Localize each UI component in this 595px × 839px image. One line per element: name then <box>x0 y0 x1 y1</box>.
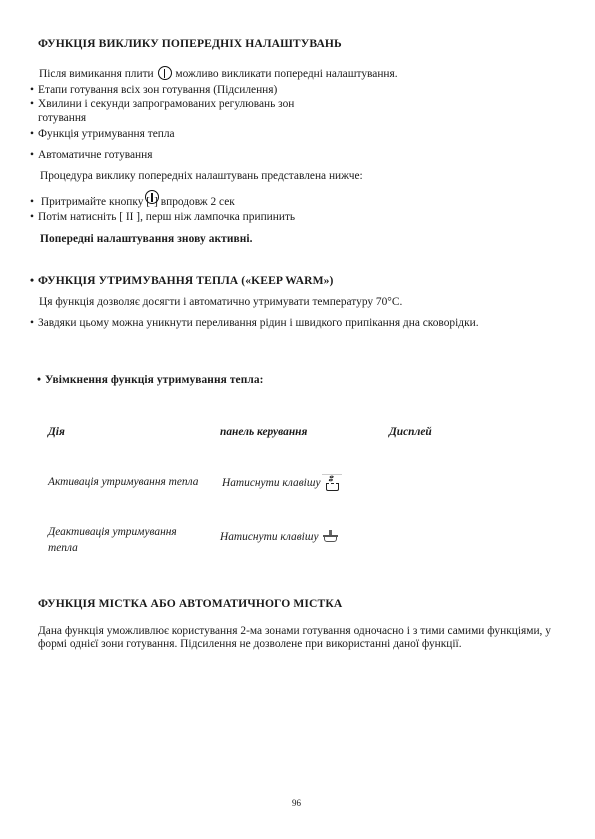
procedure-step-2: Потім натисніть [ II ], перш ніж лампочк… <box>30 211 295 223</box>
row-action: Деактивація утримування <box>48 526 177 538</box>
row-control: Натиснути клавішу ⵓ <box>222 476 339 492</box>
keep-warm-line-1: Ця функція дозволяє досягти і автоматичн… <box>39 296 402 308</box>
keep-warm-on-icon: ⵓ <box>325 476 339 492</box>
recall-conclusion: Попередні налаштування знову активні. <box>40 233 253 245</box>
bullet-item-continuation: готування <box>38 112 86 124</box>
recall-intro: Після вимикання плити можливо викликати … <box>39 66 398 80</box>
keep-warm-line-2: Завдяки цьому можна уникнути переливання… <box>30 317 479 329</box>
recall-intro-after: можливо викликати попередні налаштування… <box>175 68 397 80</box>
row-control: Натиснути клавішу <box>220 530 337 543</box>
row-action: Активація утримування тепла <box>48 476 198 488</box>
table-header-action: Дія <box>48 426 65 438</box>
section-title-keep-warm: ФУНКЦІЯ УТРИМУВАННЯ ТЕПЛА («KEEP WARM») <box>30 274 334 287</box>
step1-after: ] впродовж 2 сек <box>154 196 235 208</box>
bullet-item: Хвилини і секунди запрограмованих регулю… <box>30 98 294 110</box>
row-control-text: Натиснути клавішу <box>220 531 319 543</box>
keep-warm-off-icon <box>324 530 337 543</box>
section-title-enable-keep-warm: Увімкнення функція утримування тепла: <box>37 374 264 386</box>
procedure-step-1: Притримайте кнопку [] впродовж 2 сек <box>30 190 235 208</box>
bullet-item: Автоматичне готування <box>30 149 153 161</box>
step1-before: Притримайте кнопку [ <box>41 196 150 208</box>
procedure-intro: Процедура виклику попередніх налаштувань… <box>40 170 363 182</box>
table-header-display: Дисплей <box>389 426 432 438</box>
bullet-item: Функція утримування тепла <box>30 128 175 140</box>
recall-intro-before: Після вимикання плити <box>39 68 154 80</box>
section-title-recall-settings: ФУНКЦІЯ ВИКЛИКУ ПОПЕРЕДНІХ НАЛАШТУВАНЬ <box>38 37 342 50</box>
power-icon <box>158 66 172 80</box>
bridge-paragraph: Дана функція уможливлює користування 2-м… <box>38 625 551 652</box>
row-action-continuation: тепла <box>48 542 78 554</box>
page-number: 96 <box>292 798 301 808</box>
section-title-bridge: ФУНКЦІЯ МІСТКА АБО АВТОМАТИЧНОГО МІСТКА <box>38 597 342 610</box>
power-icon <box>145 190 159 204</box>
row-control-text: Натиснути клавішу <box>222 477 321 489</box>
table-header-control-panel: панель керування <box>220 426 307 438</box>
bullet-item: Етапи готування всіх зон готування (Підс… <box>30 84 277 96</box>
